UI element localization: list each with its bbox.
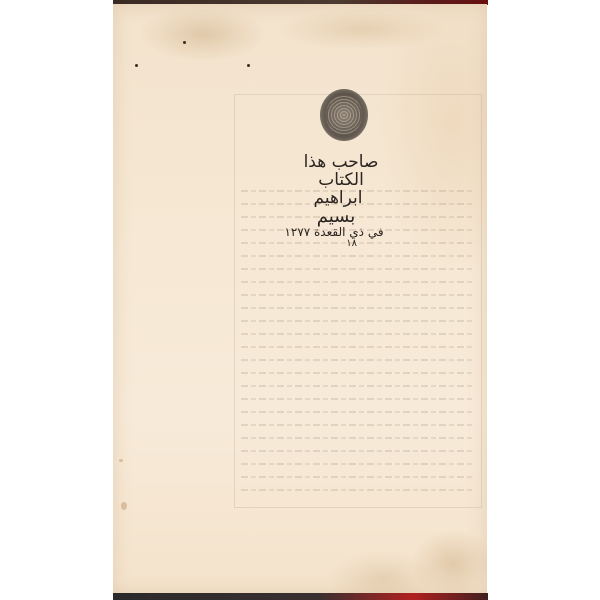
bleed-line bbox=[241, 320, 475, 322]
seal-stamp bbox=[320, 89, 368, 141]
binding-edge-bottom bbox=[113, 593, 488, 600]
bleed-line bbox=[241, 268, 475, 270]
manuscript-page: صاحب هذا الكتاب ابراهيم بسيم في ذي القعد… bbox=[113, 4, 487, 594]
bleed-line bbox=[241, 411, 475, 413]
bleed-line bbox=[241, 307, 475, 309]
bleed-line bbox=[241, 281, 475, 283]
inscription-number: ١٨ bbox=[281, 239, 357, 250]
bleed-line bbox=[241, 450, 475, 452]
foxing-spot bbox=[121, 502, 127, 510]
bleed-line bbox=[241, 437, 475, 439]
inscription-line-3: بسيم bbox=[281, 208, 391, 227]
bleed-line bbox=[241, 463, 475, 465]
bleed-line bbox=[241, 489, 475, 491]
bleed-line bbox=[241, 294, 475, 296]
bleed-line bbox=[241, 255, 475, 257]
bleed-line bbox=[241, 385, 475, 387]
ink-speck bbox=[135, 64, 138, 67]
inscription-date: في ذي القعدة ١٢٧٧ bbox=[281, 226, 387, 239]
foxing-spot bbox=[119, 459, 123, 462]
inscription-line-1: صاحب هذا الكتاب bbox=[281, 154, 401, 190]
seal-texture bbox=[326, 95, 362, 135]
bleed-line bbox=[241, 398, 475, 400]
ink-speck bbox=[183, 41, 186, 44]
ink-speck bbox=[247, 64, 250, 67]
manuscript-photo: صاحب هذا الكتاب ابراهيم بسيم في ذي القعد… bbox=[0, 0, 600, 600]
bleed-line bbox=[241, 333, 475, 335]
inscription-line-2: ابراهيم bbox=[281, 190, 395, 208]
bleed-line bbox=[241, 424, 475, 426]
ownership-inscription: صاحب هذا الكتاب ابراهيم بسيم في ذي القعد… bbox=[281, 154, 401, 250]
bleed-line bbox=[241, 372, 475, 374]
bleed-line bbox=[241, 346, 475, 348]
bleed-line bbox=[241, 359, 475, 361]
bleed-line bbox=[241, 476, 475, 478]
